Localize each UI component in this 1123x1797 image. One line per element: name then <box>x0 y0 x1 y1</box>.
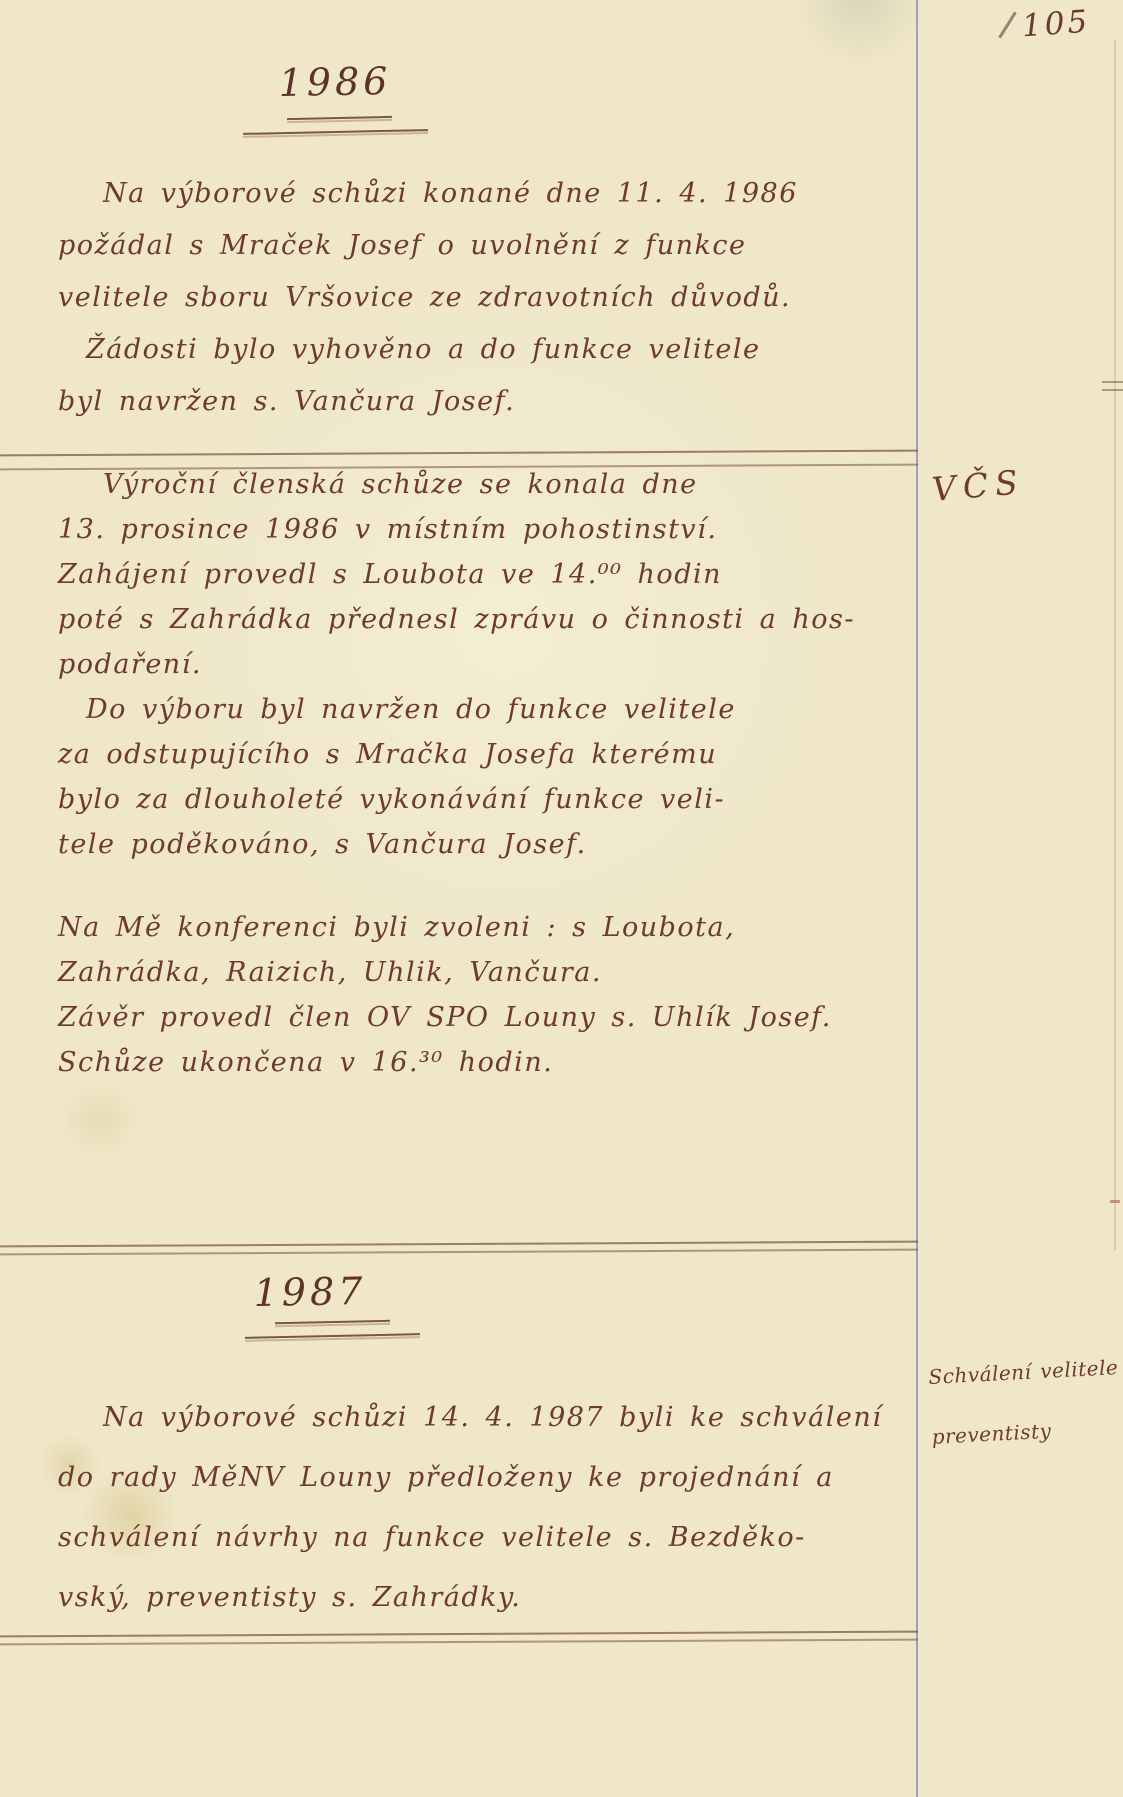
handwritten-line: do rady MěNV Louny předloženy ke projedn… <box>58 1448 818 1508</box>
handwritten-line: podaření. <box>58 642 818 687</box>
handwritten-line: tele poděkováno, s Vančura Josef. <box>58 822 818 867</box>
margin-note-line: preventisty <box>930 1397 1123 1467</box>
handwritten-line: schválení návrhy na funkce velitele s. B… <box>58 1508 818 1568</box>
separator-line <box>0 450 918 457</box>
heading-underline <box>287 116 392 120</box>
handwritten-line: Závěr provedl člen OV SPO Louny s. Uhlík… <box>58 995 818 1040</box>
stray-pen-mark <box>998 11 1016 38</box>
page-edge-mark <box>1110 1200 1120 1203</box>
page-edge-dash <box>1102 381 1123 383</box>
separator-line <box>0 1631 918 1638</box>
handwritten-line: Na výborové schůzi 14. 4. 1987 byli ke s… <box>58 1388 818 1448</box>
separator-line <box>0 1241 918 1248</box>
handwritten-line: poté s Zahrádka přednesl zprávu o činnos… <box>58 597 818 642</box>
margin-note-vcs: VČS <box>930 462 1026 509</box>
year-heading-1986: 1986 <box>250 59 421 106</box>
heading-underline <box>243 129 428 135</box>
handwritten-line: Na výborové schůzi konané dne 11. 4. 198… <box>58 168 818 220</box>
margin-note-approval: Schválení velitele preventisty <box>927 1337 1123 1467</box>
handwritten-line: Žádosti bylo vyhověno a do funkce velite… <box>58 324 818 376</box>
handwritten-line: Zahrádka, Raizich, Uhlik, Vančura. <box>58 950 818 995</box>
section-1987-paragraph: Na výborové schůzi 14. 4. 1987 byli ke s… <box>58 1388 818 1628</box>
handwritten-line: Zahájení provedl s Loubota ve 14.⁰⁰ hodi… <box>58 552 818 597</box>
handwritten-line: Schůze ukončena v 16.³⁰ hodin. <box>58 1040 818 1085</box>
chronicle-page: 105 1986 Na výborové schůzi konané dne 1… <box>0 0 1123 1797</box>
handwritten-line: Výroční členská schůze se konala dne <box>58 462 818 507</box>
handwritten-line: požádal s Mraček Josef o uvolnění z funk… <box>58 220 818 272</box>
section-1986-paragraph: Na výborové schůzi konané dne 11. 4. 198… <box>58 168 818 428</box>
page-number: 105 <box>1021 4 1092 45</box>
handwritten-line: 13. prosince 1986 v místním pohostinství… <box>58 507 818 552</box>
handwritten-line: velitele sboru Vršovice ze zdravotních d… <box>58 272 818 324</box>
handwritten-line: byl navržen s. Vančura Josef. <box>58 376 818 428</box>
separator-line <box>0 1639 918 1646</box>
handwritten-line: vský, preventisty s. Zahrádky. <box>58 1568 818 1628</box>
section-vcs-paragraph: Výroční členská schůze se konala dne 13.… <box>58 462 818 1085</box>
handwritten-line: bylo za dlouholeté vykonávání funkce vel… <box>58 777 818 822</box>
page-edge-dash <box>1102 389 1123 391</box>
section-separator <box>0 1241 918 1256</box>
handwritten-line: Na Mě konferenci byli zvoleni : s Loubot… <box>58 905 818 950</box>
margin-vertical-rule <box>916 0 918 1797</box>
section-separator <box>0 1631 918 1646</box>
heading-underline <box>245 1333 420 1339</box>
separator-line <box>0 1249 918 1256</box>
handwritten-line: za odstupujícího s Mračka Josefa kterému <box>58 732 818 777</box>
handwritten-line: Do výboru byl navržen do funkce velitele <box>58 687 818 732</box>
page-edge-artifact <box>1114 40 1116 1250</box>
year-heading-1987: 1987 <box>235 1269 386 1316</box>
margin-note-line: Schválení velitele <box>927 1337 1120 1407</box>
heading-underline <box>275 1320 390 1324</box>
